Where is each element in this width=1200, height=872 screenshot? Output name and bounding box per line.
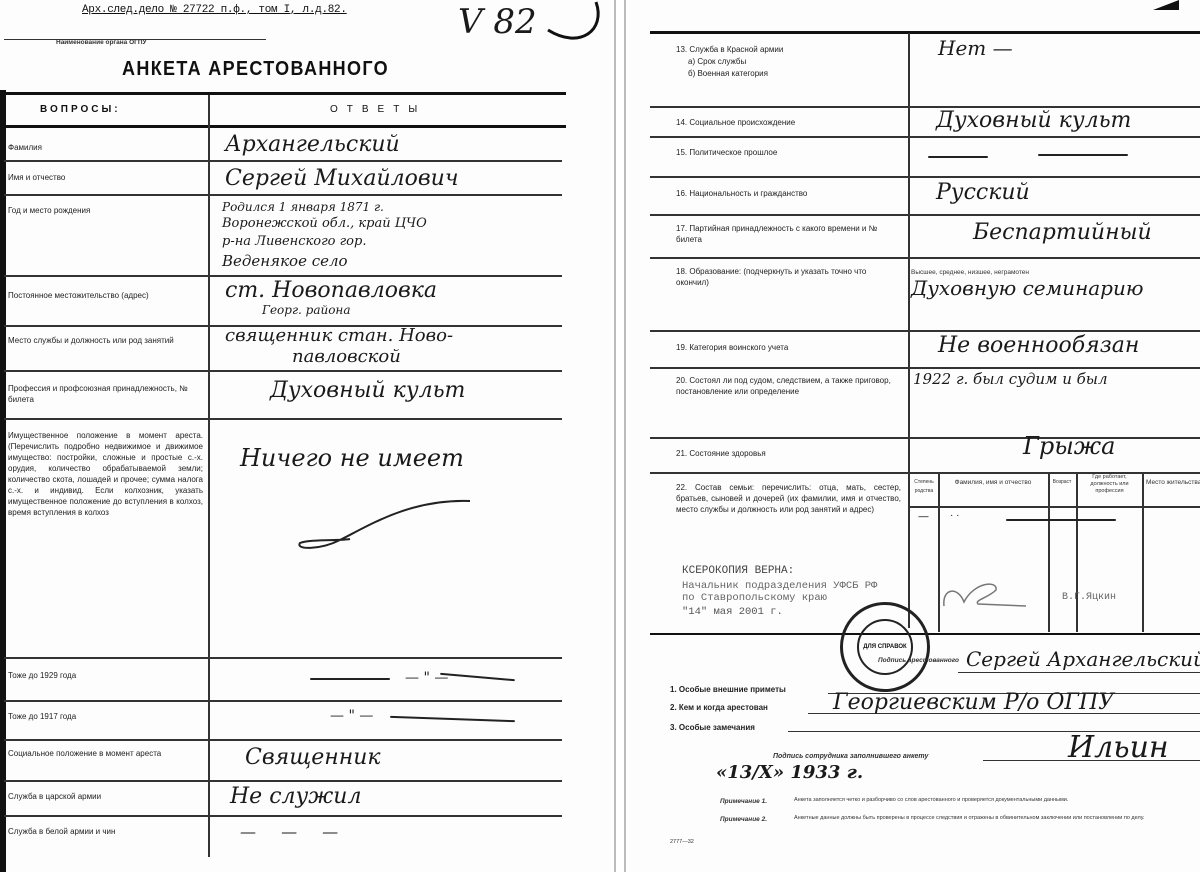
archive-reference: Арх.след.дело № 27722 п.ф., том I, л.д.8…	[82, 4, 347, 16]
question-before-1917: Тоже до 1917 года	[8, 711, 76, 722]
property-strike-flourish	[290, 495, 480, 555]
answer-social-status: Священник	[245, 745, 381, 770]
column-header-questions: ВОПРОСЫ:	[40, 104, 121, 115]
question-court-record: 20. Состоял ли под судом, следствием, а …	[676, 375, 901, 397]
question-health: 21. Состояние здоровья	[676, 448, 766, 459]
answer-surname: Архангельский	[225, 132, 400, 157]
answer-red-army: Нет —	[938, 36, 1013, 60]
extra-value-arrested-by: Георгиевским Р/о ОГПУ	[833, 690, 1114, 715]
certification-signature	[938, 578, 1028, 612]
question-family: 22. Состав семьи: перечислить: отца, мат…	[676, 482, 901, 515]
question-red-army-term: а) Срок службы	[688, 56, 746, 67]
question-birth: Год и место рождения	[8, 205, 90, 216]
column-divider	[208, 95, 210, 857]
margin-note-loop	[540, 0, 610, 44]
answer-party: Беспартийный	[973, 220, 1152, 245]
form-code: 2777—32	[670, 838, 694, 847]
answer-nationality: Русский	[936, 180, 1030, 205]
family-header-age: Возраст	[1049, 478, 1075, 487]
book-gutter	[612, 0, 628, 872]
certification-date: "14" мая 2001 г.	[682, 606, 783, 618]
arrested-signature: Сергей Архангельский	[966, 647, 1200, 671]
answer-workplace-line2: павловской	[292, 346, 401, 367]
corner-mark	[1153, 0, 1179, 10]
official-stamp: ДЛЯ СПРАВОК	[840, 602, 930, 692]
margin-note: V 82	[458, 2, 537, 42]
answer-tsarist-army: Не служил	[230, 784, 361, 809]
right-page: 13. Служба в Красной армии а) Срок служб…	[628, 0, 1200, 872]
certification-heading: КСЕРОКОПИЯ ВЕРНА:	[682, 565, 794, 577]
question-red-army: 13. Служба в Красной армии	[676, 44, 783, 55]
question-workplace: Место службы и должность или род занятий	[8, 335, 203, 346]
answer-white-army: — — —	[240, 822, 348, 841]
column-header-answers: ОТВЕТЫ	[330, 104, 426, 115]
answer-workplace-line1: священник стан. Ново-	[225, 325, 453, 346]
question-military-registration: 19. Категория воинского учета	[676, 342, 788, 353]
left-page: Арх.след.дело № 27722 п.ф., том I, л.д.8…	[0, 0, 612, 872]
note-1-label: Примечание 1.	[720, 797, 767, 806]
certification-signer: В.Г.Яцкин	[1062, 592, 1116, 603]
family-cell-name: · ·	[950, 510, 959, 521]
question-social-status: Социальное положение в момент ареста	[8, 748, 203, 759]
family-header-work: Где работает, должность или профессия	[1078, 474, 1141, 495]
extra-label-features: 1. Особые внешние приметы	[670, 684, 786, 695]
answer-birth-line3: р-на Ливенского гор.	[222, 234, 366, 249]
answer-profession: Духовный культ	[270, 378, 465, 403]
question-before-1929: Тоже до 1929 года	[8, 670, 76, 681]
answer-education: Духовную семинарию	[911, 276, 1143, 300]
answer-social-origin: Духовный культ	[936, 108, 1131, 133]
form-title: АНКЕТА АРЕСТОВАННОГО	[122, 58, 389, 81]
certification-line2: по Ставропольскому краю	[682, 592, 827, 604]
question-nationality: 16. Национальность и гражданство	[676, 188, 807, 199]
question-party: 17. Партийная принадлежность с какого вр…	[676, 223, 901, 245]
question-political-past: 15. Политическое прошлое	[676, 147, 777, 158]
family-header-relation: Степень родства	[911, 478, 937, 496]
organ-label: Наименование органа ОГПУ	[56, 38, 147, 47]
question-surname: Фамилия	[8, 142, 42, 153]
answer-health: Грыжа	[1023, 432, 1115, 460]
answer-residence-line1: ст. Новопавловка	[225, 278, 437, 303]
officer-signature-label: Подпись сотрудника заполнившего анкету	[773, 752, 928, 761]
arrested-signature-label: Подпись арестованного	[878, 656, 959, 665]
answer-birth-line1: Родился 1 января 1871 г.	[222, 200, 384, 214]
family-cell-relation: —	[918, 510, 929, 523]
scan-edge	[0, 90, 6, 872]
question-property: Имущественное положение в момент ареста.…	[8, 430, 203, 518]
answer-property: Ничего не имеет	[240, 444, 464, 472]
answer-residence-line2: Георг. района	[262, 303, 351, 317]
question-education: 18. Образование: (подчеркнуть и указать …	[676, 266, 901, 288]
extra-label-remarks: 3. Особые замечания	[670, 722, 755, 733]
answer-name-patronymic: Сергей Михайлович	[225, 166, 459, 191]
question-name-patronymic: Имя и отчество	[8, 172, 65, 183]
note-2-text: Анкетные данные должны быть проверены в …	[794, 815, 1200, 822]
question-residence: Постоянное местожительство (адрес)	[8, 290, 178, 301]
question-red-army-category: б) Военная категория	[688, 68, 768, 79]
question-tsarist-army: Служба в царской армии	[8, 791, 101, 802]
question-profession: Профессия и профсоюзная принадлежность, …	[8, 383, 203, 405]
officer-signature: Ильин	[1068, 730, 1169, 765]
question-social-origin: 14. Социальное происхождение	[676, 117, 795, 128]
note-2-label: Примечание 2.	[720, 815, 767, 824]
answer-before-1917: — " —	[330, 708, 373, 724]
answer-birth-line4: Веденякое село	[222, 252, 348, 270]
extra-label-arrested-by: 2. Кем и когда арестован	[670, 702, 768, 713]
answer-military-registration: Не военнообязан	[938, 333, 1139, 358]
note-1-text: Анкета заполняется четко и разборчиво со…	[794, 797, 1200, 804]
stamp-text: ДЛЯ СПРАВОК	[857, 619, 913, 675]
fill-date: «13/X» 1933 г.	[716, 762, 863, 783]
answer-birth-line2: Воронежской обл., край ЦЧО	[222, 216, 427, 231]
question-white-army: Служба в белой армии и чин	[8, 826, 115, 837]
answer-court-record: 1922 г. был судим и был	[913, 370, 1108, 388]
certification-line1: Начальник подразделения УФСБ РФ	[682, 580, 877, 592]
family-header-residence: Место жительства	[1146, 478, 1200, 487]
family-header-name: Фамилия, имя и отчество	[940, 478, 1046, 487]
